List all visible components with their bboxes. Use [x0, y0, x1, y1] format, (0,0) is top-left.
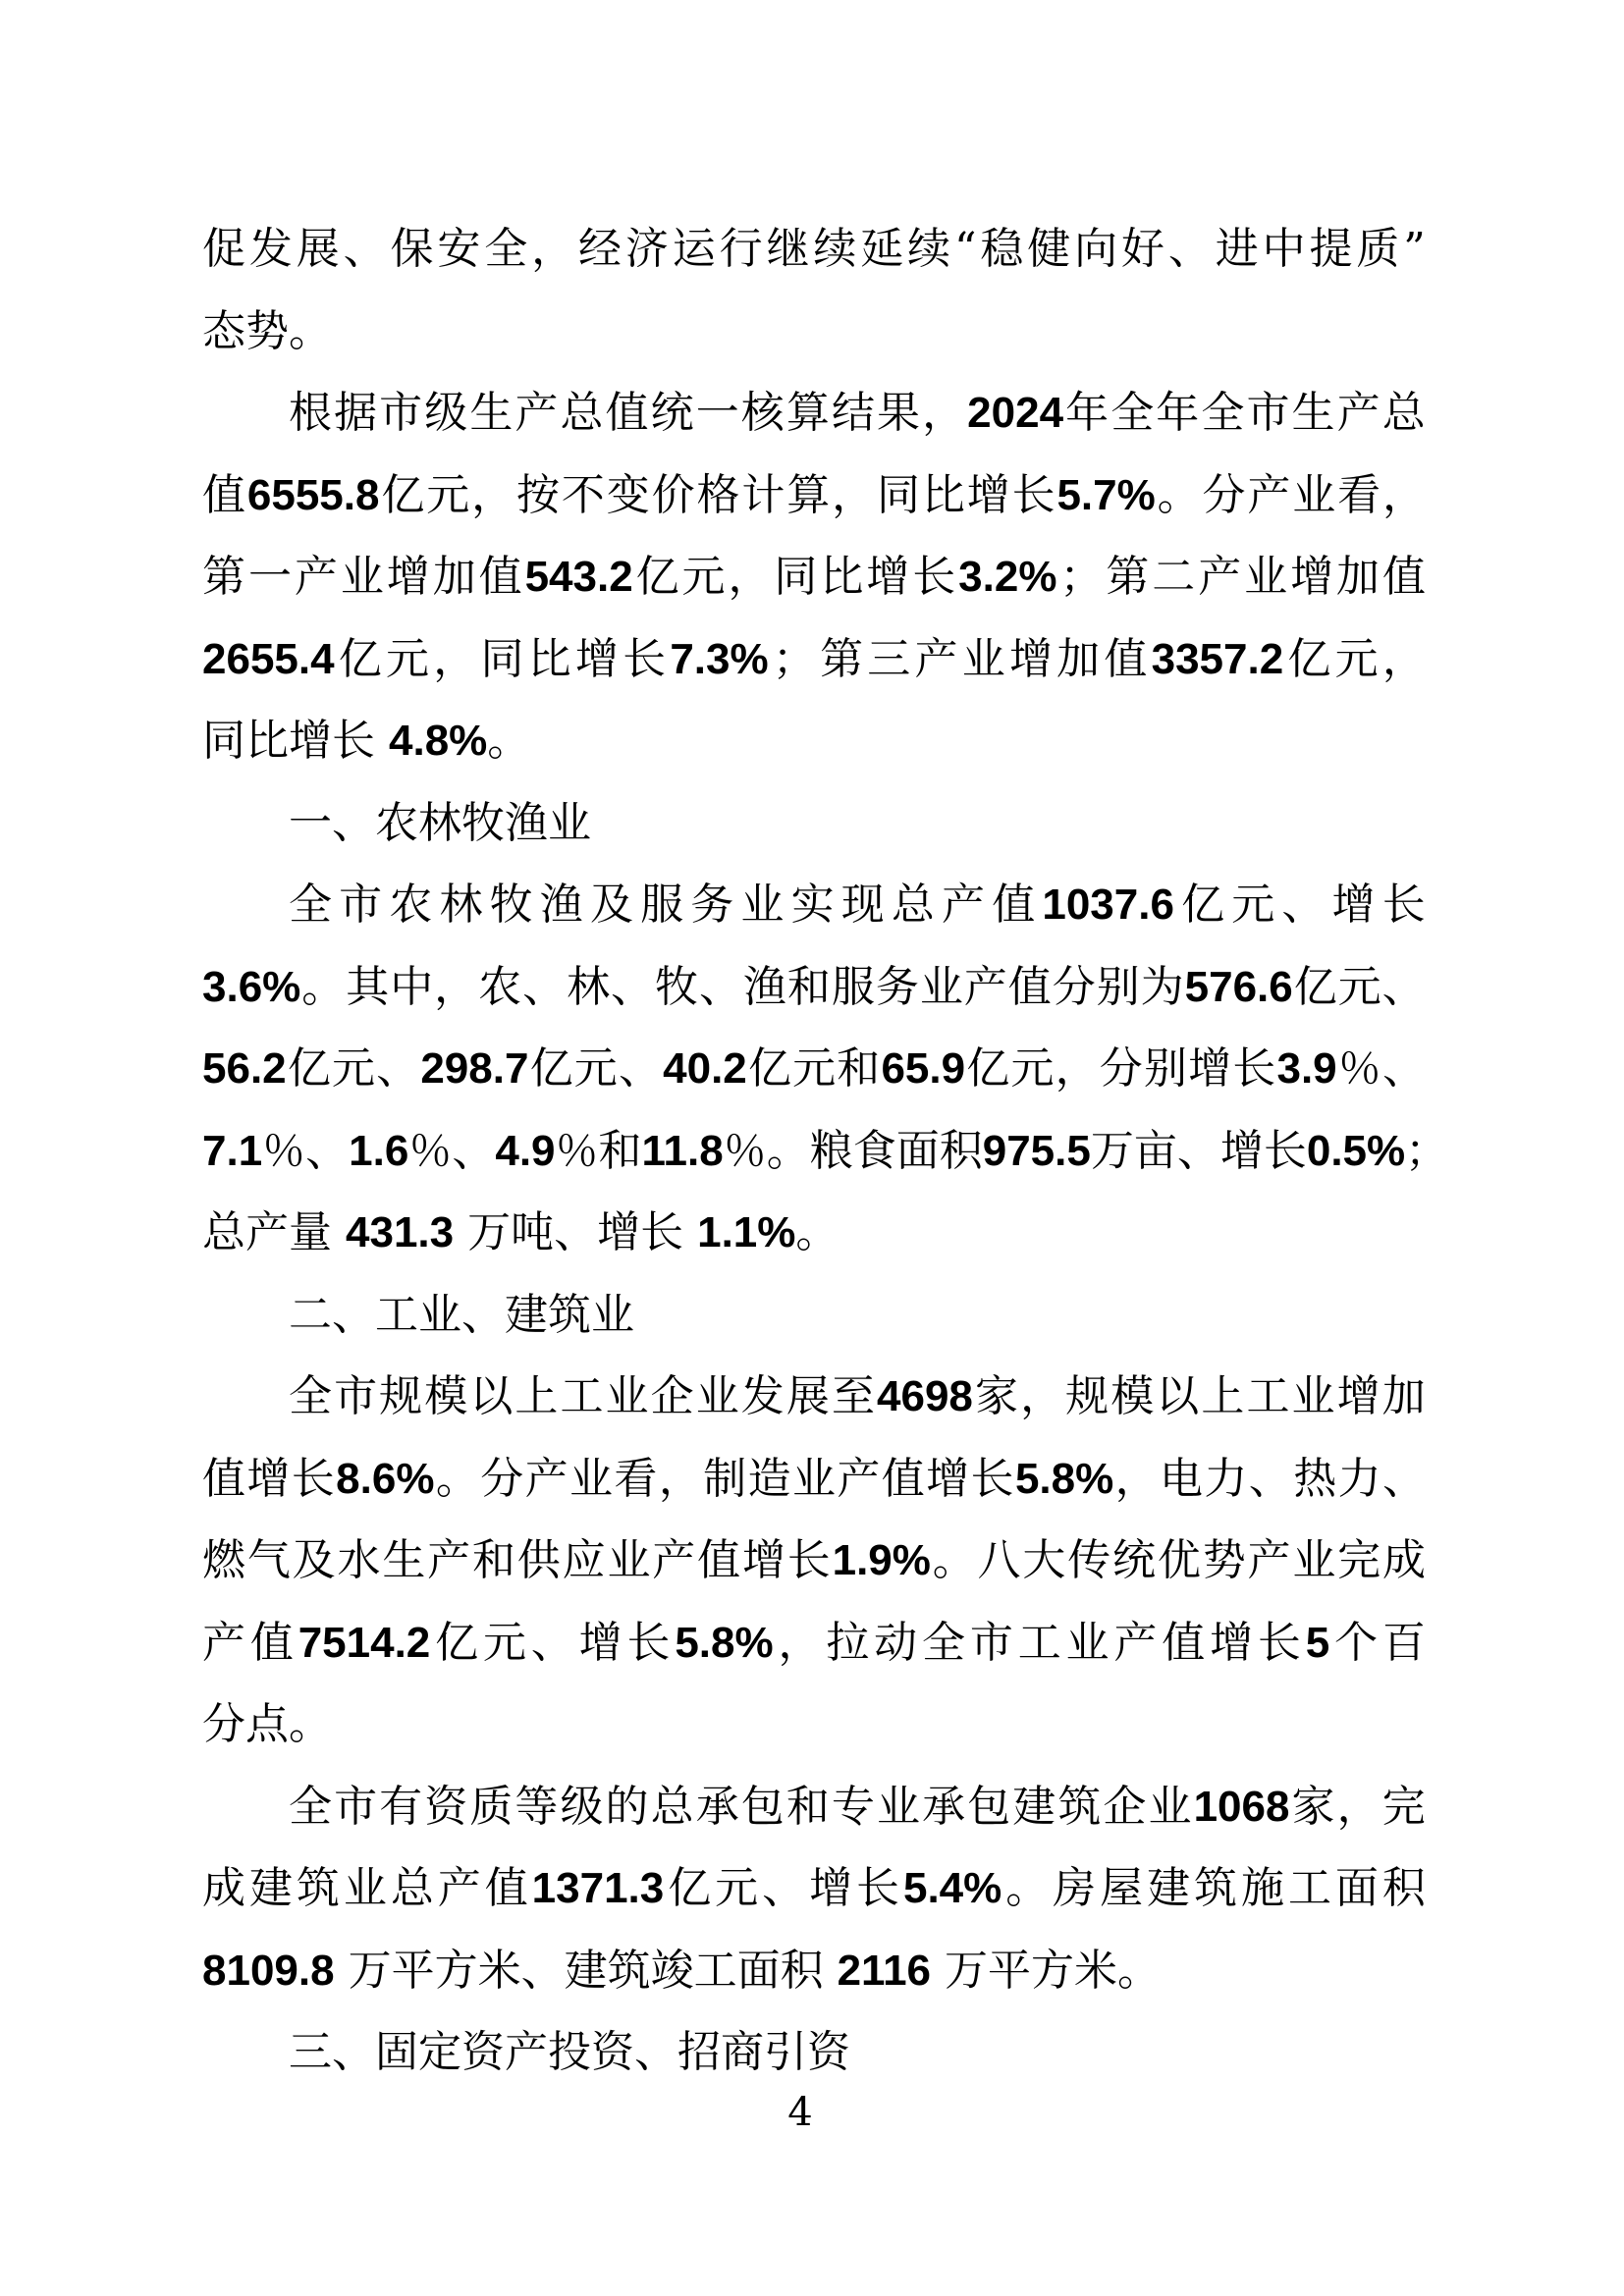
text-run: 业: [1066, 1602, 1110, 1684]
text-run: 企: [1103, 1766, 1146, 1848]
text-run: 统: [651, 372, 694, 454]
text-run: 全: [289, 1766, 332, 1848]
text-run: 市: [339, 864, 382, 946]
text-run: 3.2%: [958, 536, 1056, 618]
text-run: 产: [837, 1438, 880, 1521]
text-run: 全: [1110, 372, 1154, 454]
text-run: 产: [1248, 1520, 1291, 1602]
text-run: 业: [344, 1847, 387, 1930]
text-run: 一: [248, 536, 292, 618]
text-run: 5.4%: [903, 1847, 1001, 1930]
text-run: 产: [1113, 1602, 1157, 1684]
text-run: 亿: [530, 1028, 573, 1110]
text-run: ，: [433, 618, 476, 701]
text-run: 算: [786, 454, 830, 537]
text-run: 产: [438, 1847, 481, 1930]
text-run: 业: [877, 1766, 920, 1848]
text-run: 元: [792, 1028, 836, 1110]
text-run: 值: [485, 1847, 528, 1930]
text-run: 值: [1382, 536, 1426, 618]
text-run: ，: [728, 536, 771, 618]
text-run: 全: [922, 1602, 965, 1684]
text-run: 电: [1160, 1438, 1203, 1521]
text-run: 动: [874, 1602, 917, 1684]
text-run: 规: [1065, 1356, 1109, 1438]
text-run: 业: [1292, 454, 1335, 537]
text-run: 果: [877, 372, 920, 454]
text-run: 同: [774, 536, 817, 618]
text-run: 1037.6: [1042, 864, 1174, 946]
text-run: 成: [202, 1847, 245, 1930]
text-run: 续: [813, 208, 856, 291]
text-run: 林: [439, 864, 482, 946]
text-run: 万: [1091, 1110, 1134, 1193]
text-run: 建: [1147, 1847, 1190, 1930]
text-run: 第: [820, 618, 863, 701]
text-run: 亿: [1294, 946, 1337, 1029]
text-run: 业: [740, 864, 784, 946]
text-run: 房: [1053, 1847, 1096, 1930]
text-run: 值: [1104, 618, 1147, 701]
text-run: 保: [391, 208, 434, 291]
text-run: 结: [832, 372, 875, 454]
section-heading: 一、农林牧渔业: [202, 782, 1426, 865]
text-run: 屋: [1100, 1847, 1143, 1930]
text-run: 运: [673, 208, 716, 291]
text-run: 产: [295, 536, 338, 618]
text-run: 、: [531, 1602, 574, 1684]
text-run: 亿: [288, 1028, 331, 1110]
text-run: 分: [480, 1438, 523, 1521]
text-run: 全: [289, 1356, 332, 1438]
text-run: 提: [1310, 208, 1353, 291]
text-run: 、: [1382, 946, 1426, 1029]
text-run: 按: [516, 454, 560, 537]
text-run: 5.7%: [1056, 454, 1155, 537]
text-run: 水: [337, 1520, 380, 1602]
text-run: 业: [792, 1438, 836, 1521]
text-run: 食: [853, 1110, 896, 1193]
text-run: 施: [1241, 1847, 1284, 1930]
text-run: 业: [1244, 536, 1287, 618]
text-run: 承: [922, 1766, 965, 1848]
text-run: 的: [606, 1766, 649, 1848]
text-run: 工: [1018, 1602, 1061, 1684]
body-text-line: 全市规模以上工业企业发展至4698家，规模以上工业增加: [202, 1356, 1426, 1438]
text-run: 长: [1264, 1110, 1307, 1193]
text-run: 3357.2: [1152, 618, 1284, 701]
text-run: 增: [1188, 1028, 1231, 1110]
body-text-line: 56.2亿元、298.7亿元、40.2亿元和65.9亿元，分别增长3.9％、: [202, 1028, 1426, 1110]
text-run: 面: [896, 1110, 940, 1193]
text-run: 增: [1332, 864, 1376, 946]
text-run: ％: [556, 1110, 599, 1193]
text-run: 中: [390, 946, 433, 1029]
text-run: 级: [560, 1766, 603, 1848]
text-run: 气: [247, 1520, 291, 1602]
text-run: 发: [741, 1356, 785, 1438]
text-run: 据: [334, 372, 377, 454]
text-run: 全: [289, 864, 332, 946]
body-text-line: 值增长8.6%。分产业看，制造业产值增长5.8%，电力、热力、: [202, 1438, 1426, 1521]
text-run: 为: [1141, 946, 1184, 1029]
text-run: 值: [1008, 946, 1052, 1029]
text-run: 5.8%: [1015, 1438, 1113, 1521]
body-text-line: 分点。: [202, 1683, 1426, 1766]
text-run: 一: [696, 372, 739, 454]
text-run: 三: [867, 618, 910, 701]
text-run: 比: [528, 618, 571, 701]
text-run: 务: [690, 864, 733, 946]
text-run: 传: [1067, 1520, 1110, 1602]
text-run: 应: [563, 1520, 606, 1602]
text-run: ，: [434, 946, 477, 1029]
text-run: 和: [837, 1028, 880, 1110]
text-run: 包: [741, 1766, 785, 1848]
text-run: 工: [560, 1356, 603, 1438]
text-run: 分: [1053, 946, 1096, 1029]
text-run: 总: [391, 1847, 434, 1930]
text-run: 亿: [435, 1602, 478, 1684]
text-run: ％: [724, 1110, 767, 1193]
text-run: 建: [249, 1847, 293, 1930]
text-run: 和: [472, 1520, 515, 1602]
body-text-line: 全市有资质等级的总承包和专业承包建筑企业1068家，完: [202, 1766, 1426, 1848]
text-run: 产: [1337, 372, 1380, 454]
text-run: 增: [809, 1847, 852, 1930]
text-run: 制: [703, 1438, 746, 1521]
text-run: ，: [531, 208, 574, 291]
text-run: 元: [332, 1028, 375, 1110]
text-run: 总: [892, 864, 935, 946]
text-run: 分: [1100, 1028, 1143, 1110]
text-run: 和: [787, 946, 831, 1029]
text-run: 包: [967, 1766, 1010, 1848]
text-run: 牧: [655, 946, 698, 1029]
text-run: 等: [514, 1766, 558, 1848]
text-run: 市: [379, 372, 422, 454]
text-run: 模: [1110, 1356, 1154, 1438]
text-run: 1.1%: [697, 1208, 795, 1256]
text-run: 业: [1148, 1766, 1191, 1848]
text-run: 经: [578, 208, 622, 291]
text-run: 元: [426, 454, 469, 537]
text-run: 1.9%: [833, 1520, 931, 1602]
text-run: 。: [767, 1110, 810, 1193]
text-run: 面: [1335, 1847, 1379, 1930]
text-run: ；: [1059, 536, 1103, 618]
text-run: 百: [1382, 1602, 1426, 1684]
text-run: 业: [920, 946, 963, 1029]
text-run: 业: [962, 618, 1005, 701]
text-run: 11.8: [642, 1110, 724, 1193]
text-run: 继: [767, 208, 810, 291]
text-run: 家: [1292, 1766, 1335, 1848]
text-run: 7.3%: [670, 618, 768, 701]
text-run: 7.1: [202, 1110, 262, 1193]
text-run: 1371.3: [532, 1847, 665, 1930]
body-text-line: 成建筑业总产值1371.3亿元、增长5.4%。房屋建筑施工面积: [202, 1847, 1426, 1930]
text-run: 生: [469, 372, 513, 454]
text-run: 业: [569, 1438, 613, 1521]
text-run: 。: [1158, 454, 1201, 537]
text-run: 建: [1012, 1766, 1056, 1848]
text-run: 增: [579, 1602, 623, 1684]
section-heading: 三、固定资产投资、招商引资: [202, 2011, 1426, 2094]
text-run: 元: [1338, 946, 1381, 1029]
text-run: 服: [640, 864, 683, 946]
text-run: 其: [346, 946, 389, 1029]
text-run: ”: [1403, 208, 1426, 291]
text-run: 431.3: [346, 1208, 454, 1256]
text-run: 亿: [1181, 864, 1224, 946]
body-text-line: 同比增长 4.8%。: [202, 700, 1426, 782]
text-run: ，: [922, 372, 965, 454]
text-run: 计: [741, 454, 785, 537]
text-run: 生: [382, 1520, 425, 1602]
text-run: 56.2: [202, 1028, 287, 1110]
text-run: 值: [606, 372, 649, 454]
text-run: 比: [922, 454, 965, 537]
text-run: 值: [202, 1438, 245, 1521]
text-run: 工: [1288, 1847, 1331, 1930]
text-run: 二: [1152, 536, 1195, 618]
text-run: 长: [623, 618, 666, 701]
text-run: 产: [202, 1602, 245, 1684]
body-text-line: 全市农林牧渔及服务业实现总产值1037.6亿元、增长: [202, 864, 1426, 946]
text-run: 元: [574, 1028, 618, 1110]
text-run: 增: [387, 536, 430, 618]
text-run: 安: [437, 208, 480, 291]
text-run: 2655.4: [202, 618, 335, 701]
text-run: 5: [1306, 1602, 1329, 1684]
text-run: 亿: [668, 1847, 711, 1930]
text-run: 加: [1336, 536, 1380, 618]
text-run: 承: [696, 1766, 739, 1848]
text-run: 增: [1210, 1602, 1253, 1684]
body-text-line: 7.1％、1.6％、4.9％和11.8％。粮食面积975.5万亩、增长0.5%；: [202, 1110, 1426, 1193]
body-text-line: 8109.8 万平方米、建筑竣工面积 2116 万平方米。: [202, 1930, 1426, 2012]
body-text-line: 燃气及水生产和供应业产值增长1.9%。八大传统优势产业完成: [202, 1520, 1426, 1602]
text-run: 业: [607, 1520, 650, 1602]
text-run: 不: [562, 454, 605, 537]
text-run: 比: [820, 536, 863, 618]
text-run: ，: [1382, 618, 1426, 701]
text-run: 以: [1156, 1356, 1199, 1438]
text-run: 服: [832, 946, 875, 1029]
text-run: 第: [1106, 536, 1149, 618]
text-run: 长: [1382, 864, 1426, 946]
text-run: 看: [614, 1438, 657, 1521]
text-run: 值: [992, 864, 1035, 946]
text-run: 中: [1263, 208, 1306, 291]
text-run: 加: [433, 536, 476, 618]
text-run: 。: [301, 946, 345, 1029]
section-heading: 二、工业、建筑业: [202, 1274, 1426, 1357]
text-run: 加: [1382, 1356, 1426, 1438]
text-run: 同: [480, 618, 523, 701]
text-run: 专: [832, 1766, 875, 1848]
text-run: 济: [625, 208, 669, 291]
text-run: 、: [699, 946, 742, 1029]
text-run: 完: [1382, 1766, 1426, 1848]
body-text-line: 总产量 431.3 万吨、增长 1.1%。: [202, 1192, 1426, 1274]
text-run: 格: [696, 454, 739, 537]
text-run: 长: [1012, 454, 1056, 537]
text-run: 亿: [339, 618, 382, 701]
text-run: 加: [1056, 618, 1100, 701]
text-run: 值: [697, 1520, 740, 1602]
text-run: 长: [856, 1847, 899, 1930]
text-run: 8109.8: [202, 1947, 335, 1995]
text-run: 别: [1097, 946, 1140, 1029]
text-run: 值: [250, 1602, 294, 1684]
text-run: 产: [942, 864, 985, 946]
text-run: 543.2: [525, 536, 633, 618]
text-run: 亩: [1134, 1110, 1177, 1193]
text-run: 长: [787, 1520, 831, 1602]
text-run: 6555.8: [247, 454, 380, 537]
text-run: 积: [1382, 1847, 1426, 1930]
text-run: 延: [860, 208, 903, 291]
text-run: 展: [786, 1356, 830, 1438]
text-run: 大: [1022, 1520, 1065, 1602]
text-run: 造: [748, 1438, 791, 1521]
text-run: 行: [720, 208, 763, 291]
text-run: 、: [762, 1847, 805, 1930]
text-run: 975.5: [983, 1110, 1091, 1193]
text-run: ％: [1338, 1028, 1381, 1110]
text-run: 元: [682, 536, 726, 618]
text-run: ，: [1115, 1438, 1159, 1521]
text-run: 长: [626, 1602, 670, 1684]
text-run: 产: [1247, 454, 1290, 537]
page-number: 4: [0, 2091, 1600, 2134]
text-run: 业: [341, 536, 384, 618]
text-run: 筑: [1194, 1847, 1237, 1930]
text-run: 牧: [490, 864, 533, 946]
text-run: 好: [1121, 208, 1164, 291]
text-run: ，: [659, 1438, 702, 1521]
text-run: 工: [1246, 1356, 1289, 1438]
text-run: 完: [1337, 1520, 1380, 1602]
text-run: 力: [1338, 1438, 1381, 1521]
text-run: 向: [1074, 208, 1117, 291]
text-run: 价: [652, 454, 695, 537]
text-run: 稳: [980, 208, 1023, 291]
text-run: 长: [292, 1438, 335, 1521]
text-run: 、: [611, 946, 654, 1029]
text-run: 至: [832, 1356, 875, 1438]
body-text-line: 产值7514.2亿元、增长5.8%，拉动全市工业产值增长5个百: [202, 1602, 1426, 1684]
text-run: 和: [786, 1766, 830, 1848]
text-run: 业: [696, 1356, 739, 1438]
text-run: 促: [202, 208, 245, 291]
text-run: 市: [334, 1356, 377, 1438]
text-run: 势: [1203, 1520, 1246, 1602]
text-run: 元: [483, 1602, 526, 1684]
text-run: 亿: [381, 454, 424, 537]
text-run: 576.6: [1185, 946, 1293, 1029]
text-run: 资: [424, 1766, 467, 1848]
text-run: 粮: [810, 1110, 853, 1193]
text-run: 1068: [1194, 1766, 1290, 1848]
text-run: 、: [522, 946, 566, 1029]
text-run: 优: [1158, 1520, 1201, 1602]
text-run: 农: [478, 946, 521, 1029]
text-run: 燃: [202, 1520, 245, 1602]
text-run: 实: [791, 864, 835, 946]
text-run: ％: [262, 1110, 305, 1193]
text-run: “: [954, 208, 977, 291]
text-run: 总: [651, 1766, 694, 1848]
text-run: 产: [964, 946, 1007, 1029]
text-run: 农: [389, 864, 432, 946]
text-run: 别: [1144, 1028, 1187, 1110]
text-run: 增: [866, 536, 909, 618]
text-run: 、: [305, 1110, 349, 1193]
text-run: 298.7: [420, 1028, 528, 1110]
text-run: ，: [1056, 1028, 1099, 1110]
text-run: ；: [1405, 1110, 1448, 1193]
text-run: 、: [1249, 1438, 1292, 1521]
text-run: 增: [1337, 1356, 1380, 1438]
text-run: 8.6%: [336, 1438, 434, 1521]
text-run: 、: [1177, 1110, 1220, 1193]
text-run: 元: [386, 618, 429, 701]
document-page: 促发展、保安全，经济运行继续延续“稳健向好、进中提质” 态势。 根据市级生产总值…: [0, 0, 1624, 2296]
text-run: 、: [376, 1028, 419, 1110]
text-run: ，: [1382, 454, 1426, 537]
text-run: 市: [970, 1602, 1013, 1684]
text-run: 元: [715, 1847, 758, 1930]
text-run: 业: [1292, 1520, 1335, 1602]
text-run: 上: [1201, 1356, 1244, 1438]
text-run: 续: [907, 208, 950, 291]
text-run: 总: [560, 372, 603, 454]
text-run: 增: [246, 1438, 290, 1521]
text-run: 。: [1005, 1847, 1049, 1930]
text-run: 增: [1220, 1110, 1264, 1193]
text-run: 展: [297, 208, 340, 291]
text-run: 全: [484, 208, 527, 291]
body-text-line: 促发展、保安全，经济运行继续延续“稳健向好、进中提质”: [202, 208, 1426, 291]
text-run: 长: [1232, 1028, 1275, 1110]
text-run: 企: [651, 1356, 694, 1438]
text-run: 以: [469, 1356, 513, 1438]
text-run: ，: [1020, 1356, 1063, 1438]
text-run: 第: [202, 536, 245, 618]
text-run: 进: [1216, 208, 1259, 291]
text-run: 分: [1203, 454, 1246, 537]
text-run: 林: [567, 946, 610, 1029]
text-run: 长: [971, 1438, 1014, 1521]
text-run: 力: [1204, 1438, 1247, 1521]
text-run: ；: [773, 618, 816, 701]
body-text-line: 态势。: [202, 291, 1426, 373]
text-run: 亿: [748, 1028, 791, 1110]
text-run: 业: [606, 1356, 649, 1438]
text-run: 渔: [540, 864, 583, 946]
text-run: 产: [525, 1438, 568, 1521]
text-run: 0.5%: [1307, 1110, 1405, 1193]
text-run: 产: [427, 1520, 470, 1602]
text-run: 值: [479, 536, 522, 618]
text-run: 长: [1258, 1602, 1301, 1684]
text-run: 供: [517, 1520, 561, 1602]
text-run: 务: [876, 946, 919, 1029]
text-run: 、: [344, 208, 387, 291]
